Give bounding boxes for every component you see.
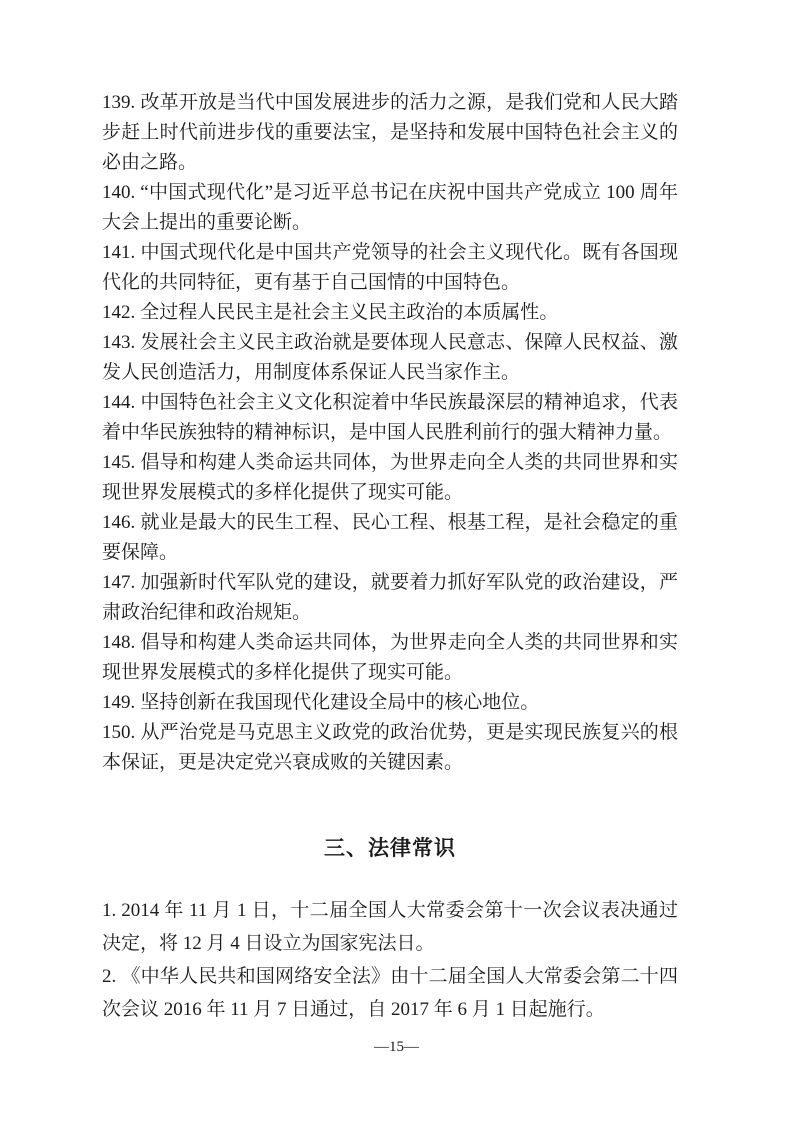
- item-number: 148.: [102, 632, 135, 653]
- list-item: 139.改革开放是当代中国发展进步的活力之源，是我们党和人民大踏步赶上时代前进步…: [102, 88, 678, 178]
- item-text: 就业是最大的民生工程、民心工程、根基工程，是社会稳定的重要保障。: [102, 512, 678, 563]
- item-number: 149.: [102, 692, 135, 713]
- item-number: 139.: [102, 92, 135, 113]
- item-number: 1.: [102, 900, 116, 921]
- page-footer: —15—: [0, 1039, 793, 1056]
- item-text: 中国特色社会主义文化积淀着中华民族最深层的精神追求，代表着中华民族独特的精神标识…: [102, 392, 678, 443]
- item-text: 从严治党是马克思主义政党的政治优势，更是实现民族复兴的根本保证，更是决定党兴衰成…: [102, 722, 678, 773]
- item-text: 倡导和构建人类命运共同体，为世界走向全人类的共同世界和实现世界发展模式的多样化提…: [102, 452, 678, 503]
- item-text: 加强新时代军队党的建设，就要着力抓好军队党的政治建设，严肃政治纪律和政治规矩。: [102, 572, 678, 623]
- list-item: 1.2014 年 11 月 1 日，十二届全国人大常委会第十一次会议表决通过决定…: [102, 894, 678, 960]
- item-text: 全过程人民民主是社会主义民主政治的本质属性。: [140, 302, 558, 323]
- item-number: 150.: [102, 722, 135, 743]
- list-item: 140.“中国式现代化”是习近平总书记在庆祝中国共产党成立 100 周年大会上提…: [102, 178, 678, 238]
- item-number: 144.: [102, 392, 135, 413]
- list-item: 144.中国特色社会主义文化积淀着中华民族最深层的精神追求，代表着中华民族独特的…: [102, 388, 678, 448]
- list-item: 141.中国式现代化是中国共产党领导的社会主义现代化。既有各国现代化的共同特征，…: [102, 238, 678, 298]
- item-text: 中国式现代化是中国共产党领导的社会主义现代化。既有各国现代化的共同特征，更有基于…: [102, 242, 678, 293]
- item-text: 2014 年 11 月 1 日，十二届全国人大常委会第十一次会议表决通过决定，将…: [102, 900, 678, 954]
- item-number: 140.: [102, 182, 135, 203]
- list-item: 2.《中华人民共和国网络安全法》由十二届全国人大常委会第二十四次会议 2016 …: [102, 960, 678, 1026]
- item-text: 倡导和构建人类命运共同体，为世界走向全人类的共同世界和实现世界发展模式的多样化提…: [102, 632, 678, 683]
- section-law: 三、法律常识 1.2014 年 11 月 1 日，十二届全国人大常委会第十一次会…: [102, 832, 678, 1026]
- item-text: 坚持创新在我国现代化建设全局中的核心地位。: [140, 692, 539, 713]
- item-number: 142.: [102, 302, 135, 323]
- item-number: 145.: [102, 452, 135, 473]
- list-item: 149.坚持创新在我国现代化建设全局中的核心地位。: [102, 688, 678, 718]
- section-politics: 139.改革开放是当代中国发展进步的活力之源，是我们党和人民大踏步赶上时代前进步…: [102, 88, 678, 778]
- list-item: 142.全过程人民民主是社会主义民主政治的本质属性。: [102, 298, 678, 328]
- list-item: 150.从严治党是马克思主义政党的政治优势，更是实现民族复兴的根本保证，更是决定…: [102, 718, 678, 778]
- item-text: “中国式现代化”是习近平总书记在庆祝中国共产党成立 100 周年大会上提出的重要…: [102, 182, 678, 233]
- list-item: 148.倡导和构建人类命运共同体，为世界走向全人类的共同世界和实现世界发展模式的…: [102, 628, 678, 688]
- list-item: 143.发展社会主义民主政治就是要体现人民意志、保障人民权益、激发人民创造活力，…: [102, 328, 678, 388]
- item-number: 146.: [102, 512, 135, 533]
- list-item: 147.加强新时代军队党的建设，就要着力抓好军队党的政治建设，严肃政治纪律和政治…: [102, 568, 678, 628]
- document-page: 139.改革开放是当代中国发展进步的活力之源，是我们党和人民大踏步赶上时代前进步…: [0, 0, 793, 1122]
- page-number: —15—: [374, 1039, 419, 1055]
- section-heading: 三、法律常识: [102, 832, 678, 864]
- item-text: 发展社会主义民主政治就是要体现人民意志、保障人民权益、激发人民创造活力，用制度体…: [102, 332, 678, 383]
- item-number: 143.: [102, 332, 135, 353]
- item-text: 《中华人民共和国网络安全法》由十二届全国人大常委会第二十四次会议 2016 年 …: [102, 966, 678, 1020]
- list-item: 146.就业是最大的民生工程、民心工程、根基工程，是社会稳定的重要保障。: [102, 508, 678, 568]
- item-number: 147.: [102, 572, 135, 593]
- item-number: 2.: [102, 966, 116, 987]
- item-text: 改革开放是当代中国发展进步的活力之源，是我们党和人民大踏步赶上时代前进步伐的重要…: [102, 92, 678, 173]
- item-number: 141.: [102, 242, 135, 263]
- list-item: 145.倡导和构建人类命运共同体，为世界走向全人类的共同世界和实现世界发展模式的…: [102, 448, 678, 508]
- page-content: 139.改革开放是当代中国发展进步的活力之源，是我们党和人民大踏步赶上时代前进步…: [102, 88, 678, 1026]
